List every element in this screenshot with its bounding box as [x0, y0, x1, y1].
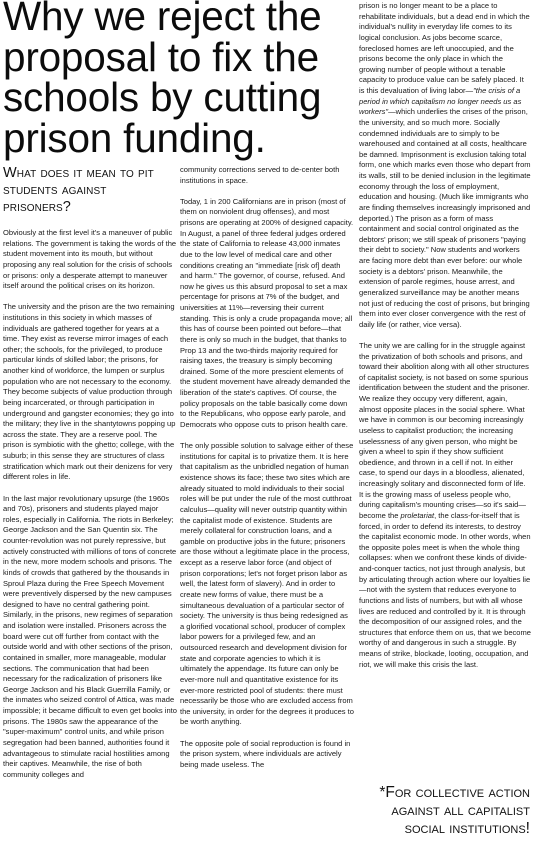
left-column: What does it mean to pit students agains…: [3, 165, 177, 791]
text-run: , the class-for-itself that is forced, i…: [359, 511, 531, 669]
closing-slogan: *For collective action against all capit…: [360, 784, 530, 838]
paragraph: The opposite pole of social reproduction…: [180, 739, 354, 771]
paragraph: community corrections served to de-cente…: [180, 165, 354, 186]
right-column: prison is no longer meant to be a place …: [359, 1, 531, 681]
paragraph: The unity we are calling for in the stru…: [359, 341, 531, 670]
paragraph: prison is no longer meant to be a place …: [359, 1, 531, 330]
paragraph: Obviously at the first level it's a mane…: [3, 228, 177, 292]
middle-column: community corrections served to de-cente…: [180, 165, 354, 781]
subheading: What does it mean to pit students agains…: [3, 165, 177, 216]
text-run: The unity we are calling for in the stru…: [359, 341, 529, 520]
paragraph: In the last major revolutionary upsurge …: [3, 494, 177, 781]
italic-term: proletariat: [401, 511, 435, 520]
text-run: —which underlies the crises of the priso…: [359, 107, 531, 329]
paragraph: The university and the prison are the tw…: [3, 302, 177, 483]
paragraph: Today, 1 in 200 Californians are in pris…: [180, 197, 354, 431]
headline: Why we reject the proposal to fix the sc…: [3, 0, 353, 158]
text-run: prison is no longer meant to be a place …: [359, 1, 530, 95]
paragraph: The only possible solution to salvage ei…: [180, 441, 354, 728]
